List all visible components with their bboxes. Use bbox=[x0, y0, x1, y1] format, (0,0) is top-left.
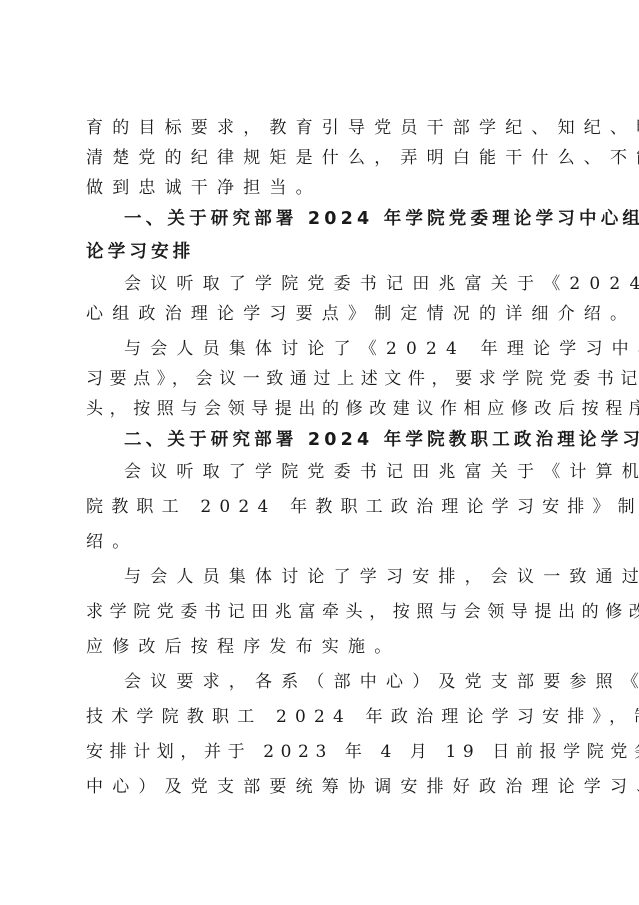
text-line: 应修改后按程序发布实施。 bbox=[86, 632, 562, 662]
paragraph: 会议要求，各系（部中心）及党支部要参照《计算机科学与 技术学院教职工 2024 … bbox=[86, 667, 562, 802]
text-line: 安排计划，并于 2023 年 4 月 19 日前报学院党务秘书。各系（部 bbox=[86, 737, 562, 767]
text-line: 育的目标要求，教育引导党员干部学纪、知纪、明纪、守纪，搞 bbox=[86, 113, 562, 143]
paragraph: 会议听取了学院党委书记田兆富关于《2024 年理论学习中 心组政治理论学习要点》… bbox=[86, 269, 562, 329]
text-line: 清楚党的纪律规矩是什么，弄明白能干什么、不能干什么，始终 bbox=[86, 143, 562, 173]
text-line: 与会人员集体讨论了学习安排，会议一致通过上述文件，要 bbox=[86, 562, 562, 592]
text-line: 院教职工 2024 年教职工政治理论学习安排》制定情况的详细介 bbox=[86, 492, 562, 522]
text-line: 求学院党委书记田兆富牵头，按照与会领导提出的修改建议作相 bbox=[86, 597, 562, 627]
paragraph-continued: 育的目标要求，教育引导党员干部学纪、知纪、明纪、守纪，搞 清楚党的纪律规矩是什么… bbox=[86, 113, 562, 203]
text-line: 会议要求，各系（部中心）及党支部要参照《计算机科学与 bbox=[86, 667, 562, 697]
section-heading-1: 一、关于研究部署 2024 年学院党委理论学习中心组政治理 论学习安排 bbox=[86, 203, 562, 269]
text-line: 习要点》，会议一致通过上述文件，要求学院党委书记田兆富牵 bbox=[86, 364, 562, 394]
text-line: 心组政治理论学习要点》制定情况的详细介绍。 bbox=[86, 299, 562, 329]
text-line: 与会人员集体讨论了《2024 年理论学习中心组政治理论学 bbox=[86, 334, 562, 364]
heading-line: 二、关于研究部署 2024 年学院教职工政治理论学习安排 bbox=[86, 424, 562, 457]
section-heading-2: 二、关于研究部署 2024 年学院教职工政治理论学习安排 bbox=[86, 424, 562, 457]
text-line: 会议听取了学院党委书记田兆富关于《2024 年理论学习中 bbox=[86, 269, 562, 299]
text-line: 技术学院教职工 2024 年政治理论学习安排》，制定各自的学习 bbox=[86, 702, 562, 732]
document-page: 育的目标要求，教育引导党员干部学纪、知纪、明纪、守纪，搞 清楚党的纪律规矩是什么… bbox=[86, 113, 562, 802]
text-line: 头，按照与会领导提出的修改建议作相应修改后按程序发布实施。 bbox=[86, 394, 562, 424]
text-line: 做到忠诚干净担当。 bbox=[86, 173, 562, 203]
text-line: 中心）及党支部要统筹协调安排好政治理论学习、党支部组织生 bbox=[86, 772, 562, 802]
text-line: 绍。 bbox=[86, 527, 562, 557]
paragraph: 会议听取了学院党委书记田兆富关于《计算机科学与技术学 院教职工 2024 年教职… bbox=[86, 457, 562, 557]
heading-line: 论学习安排 bbox=[86, 236, 562, 269]
heading-line: 一、关于研究部署 2024 年学院党委理论学习中心组政治理 bbox=[86, 203, 562, 236]
paragraph: 与会人员集体讨论了学习安排，会议一致通过上述文件，要 求学院党委书记田兆富牵头，… bbox=[86, 562, 562, 662]
text-line: 会议听取了学院党委书记田兆富关于《计算机科学与技术学 bbox=[86, 457, 562, 487]
paragraph: 与会人员集体讨论了《2024 年理论学习中心组政治理论学 习要点》，会议一致通过… bbox=[86, 334, 562, 424]
